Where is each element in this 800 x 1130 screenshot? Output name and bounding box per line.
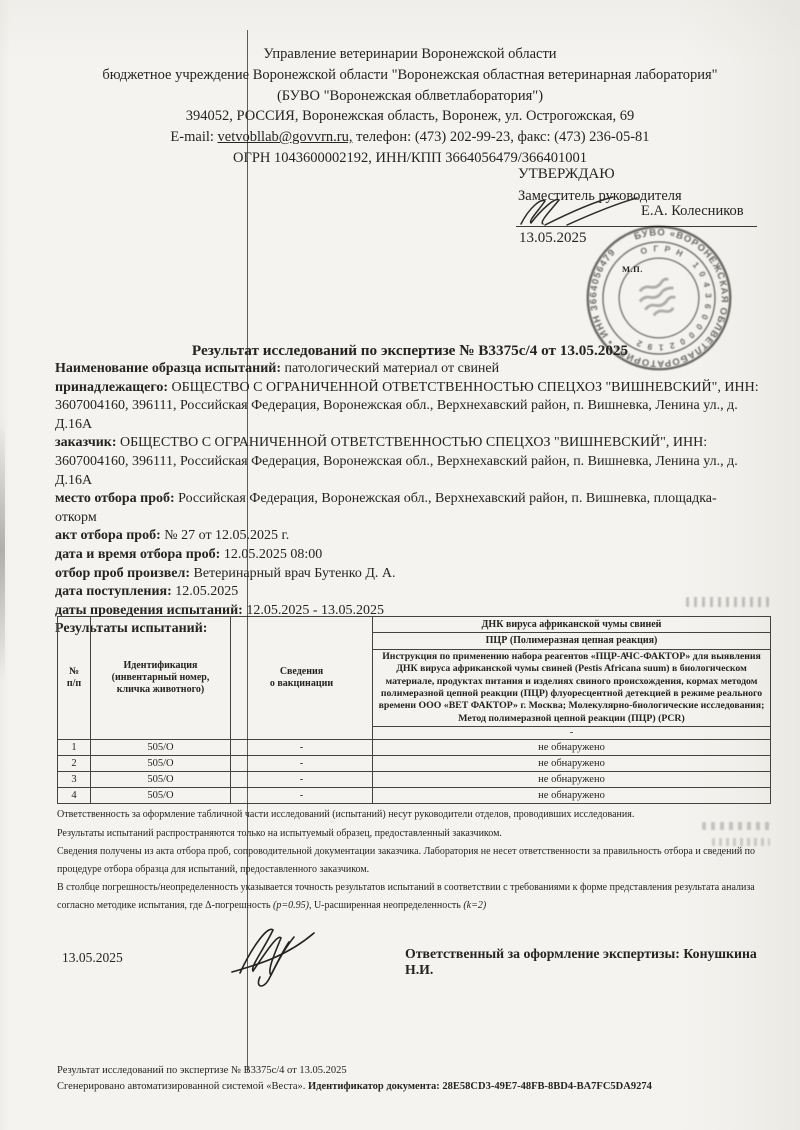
org-address: 394052, РОССИЯ, Воронежская область, Вор…	[40, 106, 780, 127]
org-header: Управление ветеринарии Воронежской облас…	[40, 44, 780, 169]
signoff-date: 13.05.2025	[62, 950, 123, 966]
approve-date: 13.05.2025	[519, 230, 587, 247]
field-customer: заказчик: ОБЩЕСТВО С ОГРАНИЧЕННОЙ ОТВЕТС…	[55, 434, 777, 490]
email-value: vetvobllab@govvrn.ru,	[218, 129, 353, 145]
row-num: 1	[58, 740, 91, 756]
footer-generated-line: Сгенерировано автоматизированной системо…	[57, 1079, 777, 1095]
row-num: 3	[58, 772, 91, 788]
row-id: 505/О	[91, 756, 231, 772]
result-header-method: ПЦР (Полимеразная цепная реакция)	[373, 633, 771, 650]
field-sampling-place: место отбора проб: Российская Федерация,…	[55, 490, 777, 527]
row-id: 505/О	[91, 772, 231, 788]
scanned-document-page: Управление ветеринарии Воронежской облас…	[0, 0, 800, 1130]
row-vaccination: -	[231, 740, 373, 756]
field-owner: принадлежащего: ОБЩЕСТВО С ОГРАНИЧЕННОЙ …	[55, 379, 777, 435]
note-4: В столбце погрешность/неопределенность у…	[57, 879, 771, 914]
document-title: Результат исследований по экспертизе № В…	[40, 342, 780, 360]
scan-edge-artifact	[0, 420, 5, 680]
scan-artifact	[686, 597, 770, 607]
sample-fields: Наименование образца испытаний: патологи…	[55, 360, 777, 639]
responsible-person: Ответственный за оформление экспертизы: …	[405, 946, 777, 978]
scan-fold-line	[247, 30, 248, 1072]
document-footer: Результат исследований по экспертизе № В…	[57, 1063, 777, 1094]
row-result: не обнаружено	[373, 788, 771, 804]
note-2: Результаты испытаний распространяются то…	[57, 825, 771, 843]
row-vaccination: -	[231, 788, 373, 804]
row-result: не обнаружено	[373, 740, 771, 756]
field-sampler: отбор проб произвел: Ветеринарный врач Б…	[55, 565, 777, 584]
col-header-num: № п/п	[58, 617, 91, 740]
responsible-signature	[222, 915, 337, 990]
table-row: 2 505/О - не обнаружено	[58, 756, 771, 772]
results-table: № п/п Идентификация (инвентарный номер, …	[57, 616, 771, 804]
email-label: E-mail:	[170, 129, 214, 145]
row-id: 505/О	[91, 788, 231, 804]
table-row: 4 505/О - не обнаружено	[58, 788, 771, 804]
table-row: 3 505/О - не обнаружено	[58, 772, 771, 788]
org-name-line1: Управление ветеринарии Воронежской облас…	[40, 44, 780, 65]
phone-fax: телефон: (473) 202-99-23, факс: (473) 23…	[356, 129, 649, 145]
col-header-vaccination: Сведения о вакцинации	[231, 617, 373, 740]
row-vaccination: -	[231, 756, 373, 772]
field-sampling-act: акт отбора проб: № 27 от 12.05.2025 г.	[55, 527, 777, 546]
document-identifier: Идентификатор документа: 28E58CD3-49E7-4…	[308, 1081, 652, 1092]
result-header-instruction: Инструкция по применению набора реагенто…	[373, 650, 771, 727]
approver-signature	[515, 194, 650, 228]
scan-artifact	[702, 822, 772, 830]
scan-artifact	[712, 838, 770, 846]
footer-expertise-ref: Результат исследований по экспертизе № В…	[57, 1063, 777, 1079]
row-vaccination: -	[231, 772, 373, 788]
col-header-identification: Идентификация (инвентарный номер, кличка…	[91, 617, 231, 740]
row-id: 505/О	[91, 740, 231, 756]
row-num: 2	[58, 756, 91, 772]
row-result: не обнаружено	[373, 756, 771, 772]
stamp-center-illegible-text	[636, 278, 681, 321]
row-num: 4	[58, 788, 91, 804]
result-header-dash: -	[373, 727, 771, 740]
field-sample-name: Наименование образца испытаний: патологи…	[55, 360, 777, 379]
field-sampling-datetime: дата и время отбора проб: 12.05.2025 08:…	[55, 546, 777, 565]
note-3: Сведения получены из акта отбора проб, с…	[57, 843, 771, 878]
org-name-line3: (БУВО "Воронежская облветлаборатория")	[40, 86, 780, 107]
field-receive-date: дата поступления: 12.05.2025	[55, 583, 777, 602]
notes: Ответственность за оформление табличной …	[57, 806, 771, 915]
result-header-disease: ДНК вируса африканской чумы свиней	[373, 617, 771, 633]
row-result: не обнаружено	[373, 772, 771, 788]
approve-word: УТВЕРЖДАЮ	[518, 166, 615, 183]
table-row: 1 505/О - не обнаружено	[58, 740, 771, 756]
note-1: Ответственность за оформление табличной …	[57, 806, 771, 824]
org-ogrn-inn: ОГРН 1043600002192, ИНН/КПП 3664056479/3…	[40, 148, 780, 169]
org-name-line2: бюджетное учреждение Воронежской области…	[40, 65, 780, 86]
org-contacts: E-mail: vetvobllab@govvrn.ru, телефон: (…	[40, 127, 780, 148]
